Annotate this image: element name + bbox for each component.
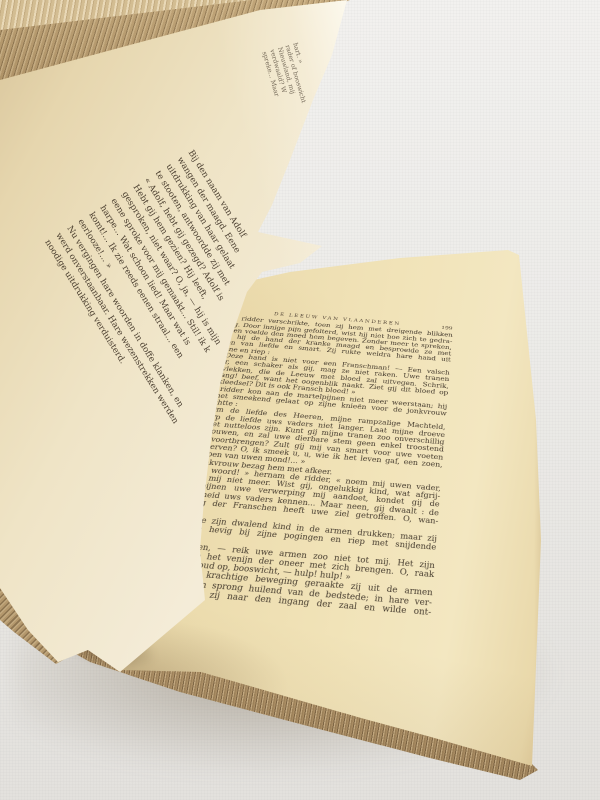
page-number: 199	[441, 325, 453, 331]
open-book-photo: DE LEEUW VAN VLAANDEREN 199 De ridder ve…	[0, 0, 600, 800]
